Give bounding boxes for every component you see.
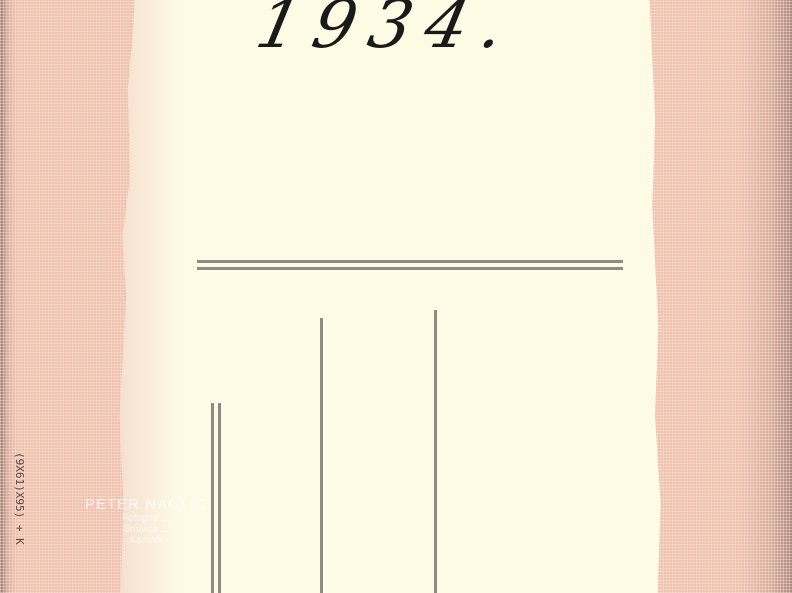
scanned-document: 1934. (9X61)X95) + K PETER NAGLIC Fotogr…: [0, 0, 792, 593]
watermark-line-2: Smarca ...: [66, 524, 226, 535]
watermark-line-1: Fotograf ...: [66, 513, 226, 524]
handwritten-year: 1934.: [250, 0, 525, 63]
ruled-line-horizontal-top: [197, 260, 623, 263]
photographer-watermark: PETER NAGLIC Fotograf ... Smarca ... Kam…: [66, 496, 226, 546]
ruled-line-vertical-3: [320, 318, 323, 593]
ruled-line-horizontal-bottom: [197, 267, 623, 270]
ruled-line-vertical-4: [434, 310, 437, 593]
watermark-line-3: Kamnik: [66, 535, 226, 546]
watermark-name: PETER NAGLIC: [66, 496, 226, 513]
spine-code: (9X61)X95) + K: [13, 452, 26, 545]
